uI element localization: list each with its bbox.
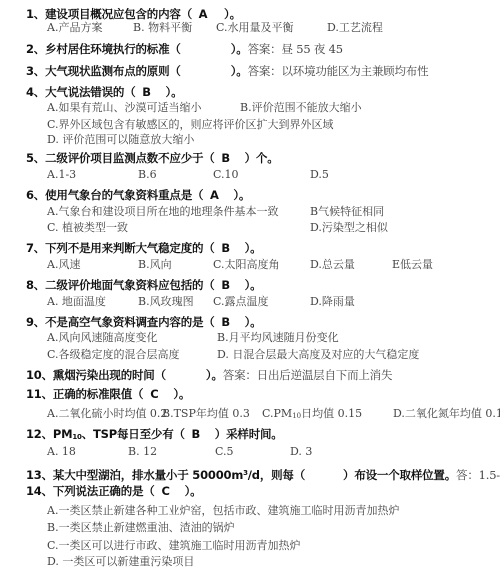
- question-number: 14、: [26, 484, 53, 498]
- option-b: B.评价范围不能放大缩小: [240, 101, 362, 115]
- option-c-rest: 日均值 0.15: [301, 407, 362, 420]
- option-a: A.产品方案: [47, 21, 102, 35]
- option-b: B.一类区禁止新建燃重油、渣油的锅炉: [47, 521, 235, 535]
- option-a: A.风向风速随高度变化: [47, 331, 157, 345]
- question-close: ）个。: [245, 151, 279, 165]
- question-number: 11、: [26, 387, 53, 401]
- option-c: C.PM10日均值 0.15: [262, 407, 362, 423]
- question-number: 6、: [26, 188, 45, 202]
- option-d: D.污染型之相似: [310, 221, 388, 235]
- question-number: 1、: [26, 7, 45, 21]
- answer-letter: C: [143, 387, 165, 401]
- answer-letter: B: [185, 427, 207, 441]
- answer-letter: A: [192, 7, 214, 21]
- option-b: B.6: [138, 168, 157, 182]
- option-d: D. 评价范围可以随意放大缩小: [47, 133, 194, 147]
- option-d: D. 日混合层最大高度及对应的大气稳定度: [217, 348, 419, 362]
- question-number: 12、: [26, 427, 53, 441]
- option-d: D.二氧化氮年均值 0.1: [393, 407, 500, 421]
- option-c: C.5: [215, 445, 234, 459]
- subscript: 10: [72, 433, 81, 441]
- question-text: 大气说法错误的（: [45, 85, 135, 99]
- answer-letter: A: [203, 188, 225, 202]
- option-c: C.10: [213, 168, 239, 182]
- option-a: A.如果有荒山、沙漠可适当缩小: [47, 101, 201, 115]
- question-text: 熏烟污染出现的时间（: [53, 368, 166, 382]
- question-close: ）。: [166, 85, 183, 99]
- answer-letter: B: [215, 278, 237, 292]
- question-10: 10、熏烟污染出现的时间（）。答案：日出后逆温层自下而上消失: [26, 368, 392, 382]
- option-e: E低云量: [392, 258, 433, 272]
- option-c: C.各级稳定度的混合层高度: [47, 348, 180, 362]
- option-b: B.风向: [138, 258, 172, 272]
- question-text-pre: PM: [53, 427, 72, 441]
- question-number: 2、: [26, 42, 45, 56]
- option-a: A. 18: [47, 445, 76, 459]
- question-close: ）。: [245, 315, 262, 329]
- question-2: 2、乡村居住环境执行的标准（）。答案：昼 55 夜 45: [26, 42, 343, 56]
- question-text: 下列说法正确的是（: [53, 484, 155, 498]
- option-a: A.风速: [47, 258, 80, 272]
- question-8: 8、二级评价地面气象资料应包括的（B）。: [26, 278, 261, 292]
- question-number: 3、: [26, 64, 45, 78]
- answer-note: 答：1.5-3.5km: [456, 468, 500, 482]
- question-close: ）。: [231, 42, 248, 56]
- option-b: B. 12: [128, 445, 157, 459]
- question-text: 乡村居住环境执行的标准（: [45, 42, 181, 56]
- question-close: ）。: [173, 387, 190, 401]
- option-d: D. 一类区可以新建重污染项目: [47, 555, 194, 569]
- question-6: 6、使用气象台的气象资料重点是（A）。: [26, 188, 250, 202]
- answer-note: 答案：昼 55 夜 45: [248, 42, 343, 56]
- question-14: 14、下列说法正确的是（C）。: [26, 484, 201, 498]
- question-text: 下列不是用来判断大气稳定度的（: [45, 241, 215, 255]
- question-11: 11、正确的标准限值（C）。: [26, 387, 190, 401]
- question-number: 9、: [26, 315, 45, 329]
- question-number: 13、: [26, 468, 53, 482]
- option-c: C.太阳高度角: [213, 258, 280, 272]
- question-close: ）。: [245, 278, 262, 292]
- question-text-post: /d，则每（: [248, 468, 305, 482]
- option-b: B.风玫瑰图: [138, 295, 194, 309]
- question-close: ）。: [233, 188, 250, 202]
- question-13: 13、某大中型湖泊，排水量小于 50000m3/d，则每（）布设一个取样位置。答…: [26, 466, 500, 482]
- answer-note: 答案：日出后逆温层自下而上消失: [223, 368, 393, 382]
- question-12: 12、PM10、TSP每日至少有（B）采样时间。: [26, 427, 283, 444]
- option-a: A.1-3: [47, 168, 76, 182]
- question-text: 某大中型湖泊，排水量小于 50000m: [53, 468, 243, 482]
- option-c: C. 植被类型一致: [47, 221, 128, 235]
- question-number: 4、: [26, 85, 45, 99]
- question-text: 不是高空气象资料调查内容的是（: [45, 315, 215, 329]
- question-9: 9、不是高空气象资料调查内容的是（B）。: [26, 315, 261, 329]
- question-text: 建设项目概况应包含的内容（: [45, 7, 192, 21]
- option-b: B.月平均风速随月份变化: [217, 331, 339, 345]
- question-5: 5、二级评价项目监测点数不应少于（B）个。: [26, 151, 279, 165]
- option-d: D.总云量: [310, 258, 355, 272]
- option-b: B.TSP年均值 0.3: [162, 407, 250, 421]
- option-c: C.露点温度: [213, 295, 269, 309]
- option-d: D.降雨量: [310, 295, 355, 309]
- option-d: D.5: [310, 168, 329, 182]
- answer-letter: B: [215, 315, 237, 329]
- question-close: ）布设一个取样位置。: [343, 468, 456, 482]
- question-close: ）。: [206, 368, 223, 382]
- question-text: 正确的标准限值（: [53, 387, 143, 401]
- option-a: A.一类区禁止新建各种工业炉窑，包括市政、建筑施工临时用沥青加热炉: [47, 504, 399, 518]
- question-3: 3、大气现状监测布点的原则（）。答案：以环境功能区为主兼顾均布性: [26, 64, 428, 78]
- answer-letter: B: [215, 241, 237, 255]
- question-text: 使用气象台的气象资料重点是（: [45, 188, 203, 202]
- option-c: C.界外区域包含有敏感区的，则应将评价区扩大到界外区域: [47, 118, 334, 132]
- option-d: D. 3: [290, 445, 312, 459]
- question-text: 二级评价地面气象资料应包括的（: [45, 278, 215, 292]
- answer-note: 答案：以环境功能区为主兼顾均布性: [248, 64, 429, 78]
- question-number: 8、: [26, 278, 45, 292]
- option-b: B. 物料平衡: [133, 21, 192, 35]
- question-close: ）采样时间。: [215, 427, 283, 441]
- option-a: A.二氧化硫小时均值 0.2: [47, 407, 167, 421]
- option-c: C.一类区可以进行市政、建筑施工临时用沥青加热炉: [47, 539, 301, 553]
- option-d: D.工艺流程: [327, 21, 383, 35]
- question-close: ）。: [245, 241, 262, 255]
- option-a: A.气象台和建设项目所在地的地理条件基本一致: [47, 205, 278, 219]
- option-c: C.水用量及平衡: [216, 21, 294, 35]
- subscript: 10: [292, 412, 301, 420]
- question-4: 4、大气说法错误的（B）。: [26, 85, 182, 99]
- question-text: 、TSP每日至少有（: [82, 427, 185, 441]
- question-text: 大气现状监测布点的原则（: [45, 64, 181, 78]
- question-1: 1、建设项目概况应包含的内容（A）。: [26, 7, 241, 21]
- question-close: ）。: [231, 64, 248, 78]
- option-c-label: C.PM: [262, 407, 292, 420]
- answer-letter: B: [136, 85, 158, 99]
- question-number: 10、: [26, 368, 53, 382]
- option-a: A. 地面温度: [47, 295, 106, 309]
- question-number: 5、: [26, 151, 45, 165]
- answer-letter: C: [155, 484, 177, 498]
- question-close: ）。: [185, 484, 202, 498]
- question-close: ）。: [224, 7, 241, 21]
- option-b: B气候特征相同: [310, 205, 384, 219]
- question-7: 7、下列不是用来判断大气稳定度的（B）。: [26, 241, 261, 255]
- answer-letter: B: [215, 151, 237, 165]
- question-number: 7、: [26, 241, 45, 255]
- question-text: 二级评价项目监测点数不应少于（: [45, 151, 215, 165]
